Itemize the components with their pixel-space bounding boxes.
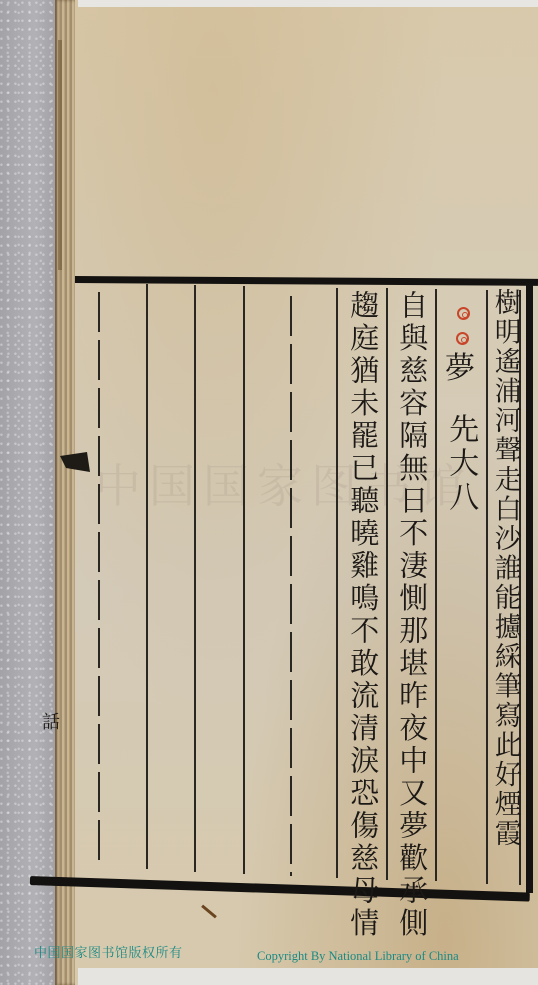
poem-title-column: 夢 先大八 [440, 352, 480, 515]
next-page-bottom-edge [78, 968, 538, 985]
column-rule [98, 292, 100, 862]
column-text: 自與慈容隔無日不淒惻那堪昨夜中又夢歡承側 [395, 290, 430, 940]
fold-edge-glyph: 話 [36, 712, 62, 730]
column-rule [386, 288, 388, 880]
poem-title: 夢 [445, 352, 475, 387]
column-rule [290, 296, 292, 876]
spine-shadow [58, 40, 62, 270]
column-rule [194, 285, 196, 872]
text-column-1: 樹明遙浦河聲走白沙誰能攄綵筆寫此好煙霞 [487, 288, 523, 849]
copyright-english: Copyright By National Library of China [257, 949, 459, 964]
red-circle-seal-mark [457, 307, 470, 320]
red-circle-seal-mark [456, 332, 469, 345]
column-rule [336, 288, 338, 878]
frame-border-right [526, 283, 533, 893]
copyright-chinese: 中国国家图书馆版权所有 [34, 942, 183, 961]
foam-background [0, 0, 58, 985]
text-column-4: 趨庭猶未罷已聽曉雞鳴不敢流清淚恐傷慈母情 [343, 290, 383, 940]
text-column-3: 自與慈容隔無日不淒惻那堪昨夜中又夢歡承側 [392, 290, 432, 940]
column-rule [243, 286, 245, 874]
column-rule [146, 284, 148, 869]
column-text: 趨庭猶未罷已聽曉雞鳴不敢流清淚恐傷慈母情 [346, 290, 381, 940]
book-page-edges [55, 0, 77, 985]
next-page-top-edge [78, 0, 538, 7]
poem-author: 先大八 [443, 413, 478, 515]
column-rule [435, 289, 437, 881]
column-text: 樹明遙浦河聲走白沙誰能攄綵筆寫此好煙霞 [490, 288, 520, 849]
